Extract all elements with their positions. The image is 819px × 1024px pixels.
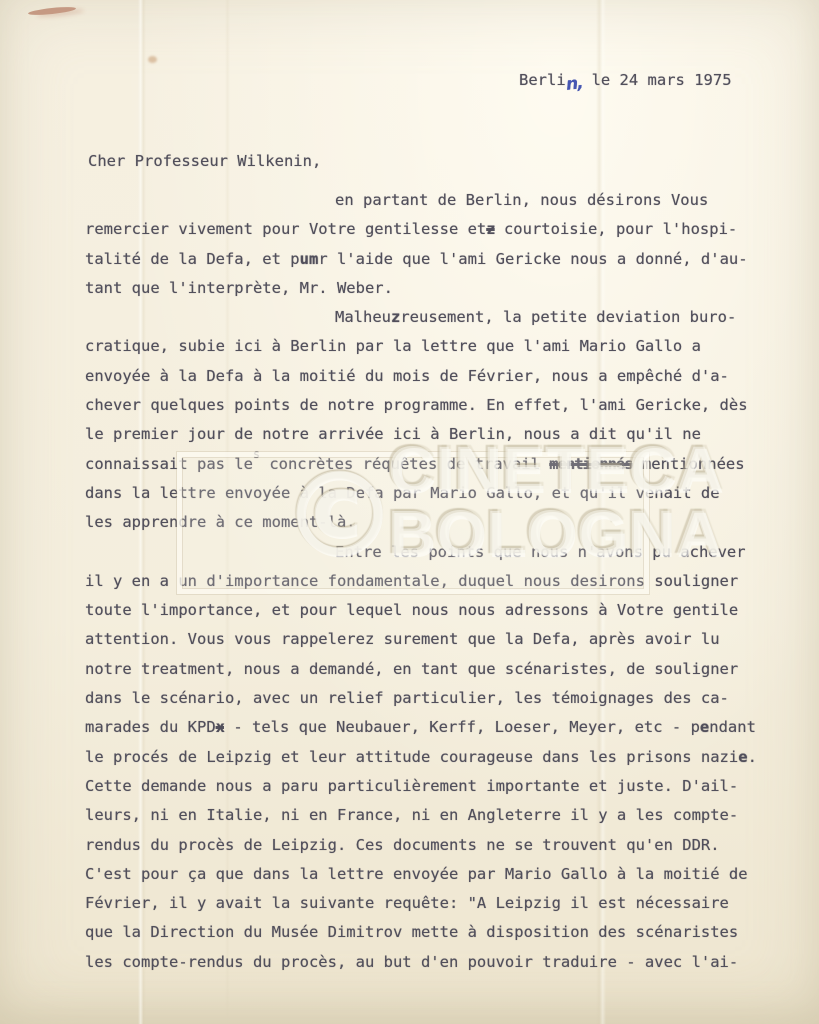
- letter-line: tant que l'interprète, Mr. Weber.: [85, 274, 775, 303]
- dateline-typed-prefix: Berli: [519, 71, 566, 89]
- letter-line: rendus du procès de Leipzig. Ces documen…: [85, 831, 775, 860]
- letter-line: chever quelques points de notre programm…: [85, 391, 775, 420]
- letter-line: Février, il y avait la suivante requête:…: [85, 889, 775, 918]
- letter-line: le procés de Leipzig et leur attitude co…: [85, 743, 775, 772]
- letter-line: connaissait pas les concrètes réquêtes d…: [85, 450, 775, 479]
- paragraph: en partant de Berlin, nous désirons Vous…: [85, 186, 775, 303]
- letter-line: notre treatment, nous a demandé, en tant…: [85, 655, 775, 684]
- letter-line: talité de la Defa, et pumr l'aide que l'…: [85, 245, 775, 274]
- paragraph: Malheuzreusement, la petite deviation bu…: [85, 303, 775, 537]
- letter-line: dans le scénario, avec un relief particu…: [85, 684, 775, 713]
- dateline: Berlin, le 24 mars 1975: [519, 70, 732, 90]
- dateline-typed-rest: le 24 mars 1975: [582, 71, 731, 89]
- letter-page: Berlin, le 24 mars 1975 Cher Professeur …: [0, 0, 819, 1024]
- letter-line: le premier jour de notre arrivée ici à B…: [85, 420, 775, 449]
- letter-line: Malheuzreusement, la petite deviation bu…: [85, 303, 775, 332]
- letter-line: toute l'importance, et pour lequel nous …: [85, 596, 775, 625]
- letter-line: en partant de Berlin, nous désirons Vous: [85, 186, 775, 215]
- paragraph: Entre les points que nous n'avons pu ach…: [85, 538, 775, 977]
- salutation: Cher Professeur Wilkenin,: [88, 152, 321, 170]
- letter-line: que la Direction du Musée Dimitrov mette…: [85, 918, 775, 947]
- letter-body: en partant de Berlin, nous désirons Vous…: [85, 186, 775, 977]
- letter-line: cratique, subie ici à Berlin par la lett…: [85, 332, 775, 361]
- letter-line: Entre les points que nous n'avons pu ach…: [85, 538, 775, 567]
- letter-line: attention. Vous vous rappelerez surement…: [85, 625, 775, 654]
- letter-line: envoyée à la Defa à la moitié du mois de…: [85, 362, 775, 391]
- letter-line: leurs, ni en Italie, ni en France, ni en…: [85, 801, 775, 830]
- letter-line: il y en a un d'importance fondamentale, …: [85, 567, 775, 596]
- letter-line: les compte-rendus du procès, au but d'en…: [85, 948, 775, 977]
- letter-line: C'est pour ça que dans la lettre envoyée…: [85, 860, 775, 889]
- letter-line: marades du KPDx - tels que Neubauer, Ker…: [85, 713, 775, 742]
- paper-stain: [28, 6, 76, 17]
- handwritten-correction: n,: [565, 73, 584, 95]
- letter-line: les apprendre à ce moment-là.: [85, 508, 775, 537]
- letter-line: remercier vivement pour Votre gentilesse…: [85, 215, 775, 244]
- letter-line: dans la lettre envoyée à la Defa par Mar…: [85, 479, 775, 508]
- paper-stain: [148, 56, 157, 63]
- letter-line: Cette demande nous a paru particulièreme…: [85, 772, 775, 801]
